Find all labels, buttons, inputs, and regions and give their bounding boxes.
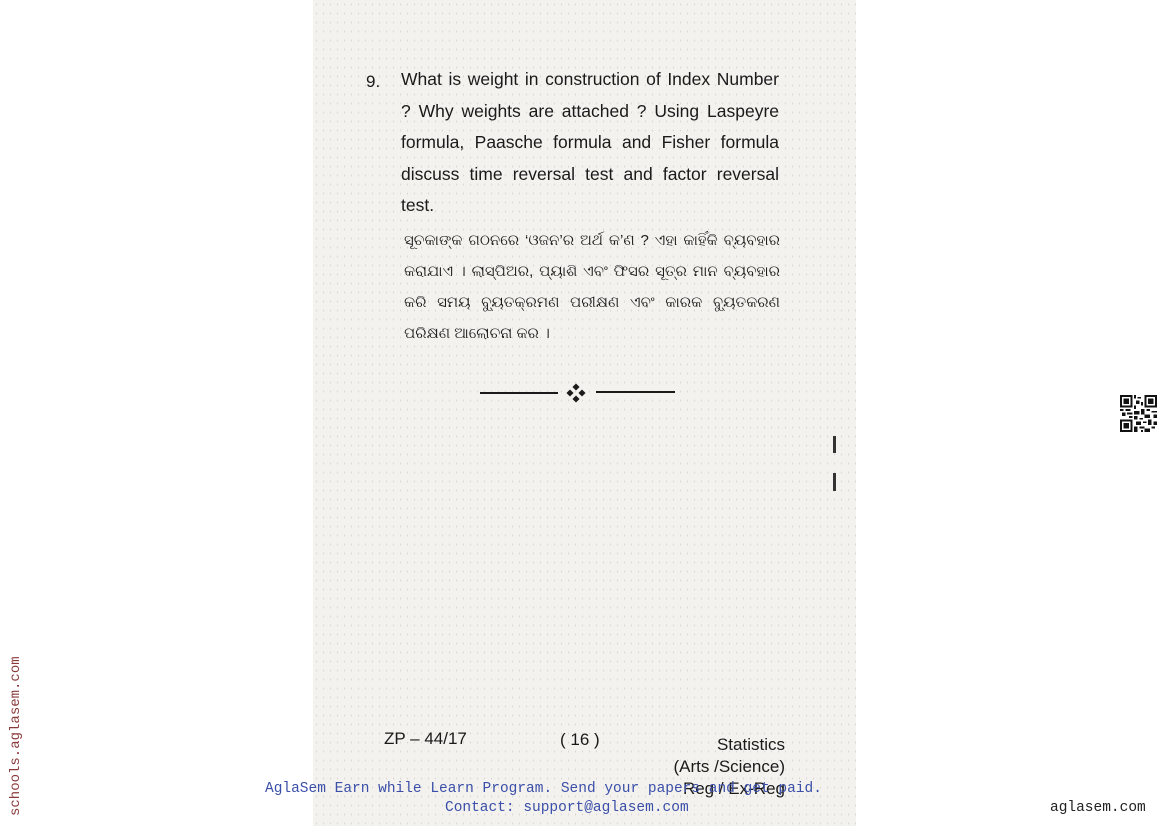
page-number: ( 16 )	[560, 730, 600, 750]
watermark-contact-text: Contact: support@aglasem.com	[445, 800, 689, 816]
subject-stream: (Arts /Science)	[660, 756, 785, 778]
qr-code-icon	[1120, 395, 1157, 432]
side-watermark: schools.aglasem.com	[8, 656, 24, 816]
subject-name: Statistics	[660, 734, 785, 756]
divider-line-left	[480, 392, 558, 394]
question-text-odia: ସୂଚକାଙ୍କ ଗଠନରେ ‘ଓଜନ’ର ଅର୍ଥ କ’ଣ ? ଏହା କାହ…	[404, 225, 780, 349]
section-divider	[480, 383, 675, 403]
watermark-program-text: AglaSem Earn while Learn Program. Send y…	[265, 781, 822, 797]
paper-code: ZP – 44/17	[384, 729, 467, 749]
brand-watermark: aglasem.com	[1050, 800, 1146, 816]
question-text-english: What is weight in construction of Index …	[401, 64, 779, 222]
four-diamond-ornament-icon	[566, 383, 586, 403]
question-number: 9.	[366, 72, 380, 92]
divider-line-right	[596, 391, 675, 393]
scan-artifact-marks	[833, 436, 839, 491]
